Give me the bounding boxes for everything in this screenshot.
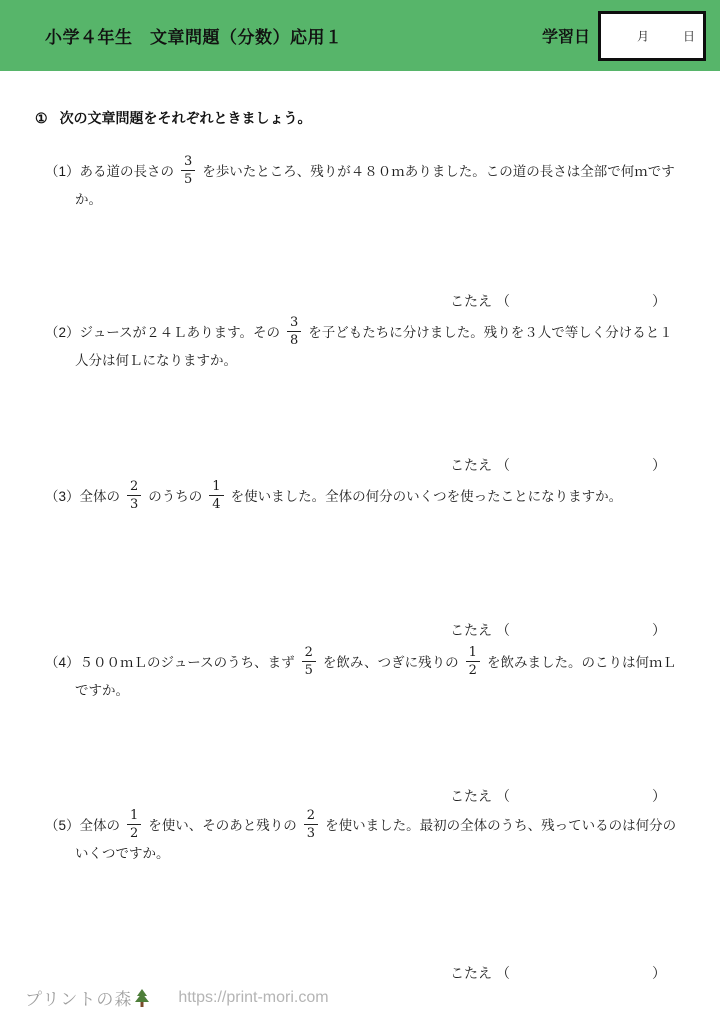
answer-row-5: こたえ（） <box>450 964 666 982</box>
problem-text-segment: を使いました。全体の何分のいくつを使ったことになりますか。 <box>231 489 623 504</box>
answer-label: こたえ <box>450 788 492 804</box>
problem-text-segment: のうちの <box>148 489 202 504</box>
fraction-denominator: 5 <box>302 662 316 678</box>
fraction-denominator: 4 <box>209 496 223 512</box>
problem-text-segment: 全体の <box>80 818 121 833</box>
brand-name: プリントの森 <box>25 985 132 1010</box>
problem-number: （2） <box>45 325 80 340</box>
fraction-numerator: 1 <box>209 479 223 496</box>
fraction-numerator: 1 <box>466 645 480 662</box>
problem-number: （3） <box>45 489 80 504</box>
fraction-denominator: 2 <box>127 825 141 841</box>
fraction: 14 <box>209 479 223 512</box>
month-label: 月 <box>637 27 649 44</box>
instruction-number: ① <box>35 110 48 126</box>
answer-paren-open: （ <box>496 293 510 309</box>
answer-paren-open: （ <box>496 622 510 638</box>
answer-label: こたえ <box>450 622 492 638</box>
fraction-numerator: 3 <box>287 315 301 332</box>
problem-text: ある道の長さの35を歩いたところ、残りが４８０ｍありました。この道の長さは全部で… <box>75 164 675 207</box>
fraction-denominator: 3 <box>127 496 141 512</box>
answer-label: こたえ <box>450 293 492 309</box>
problem-3: （3）全体の23のうちの14を使いました。全体の何分のいくつを使ったことになりま… <box>45 481 677 514</box>
problem-text: ジュースが２４Ｌあります。その38を子どもたちに分けました。残りを３人で等しく分… <box>75 325 673 368</box>
answer-label: こたえ <box>450 457 492 473</box>
answer-paren-open: （ <box>496 788 510 804</box>
answer-row-3: こたえ（） <box>450 621 666 639</box>
problem-2: （2）ジュースが２４Ｌあります。その38を子どもたちに分けました。残りを３人で等… <box>45 317 677 372</box>
answer-row-4: こたえ（） <box>450 787 666 805</box>
problem-text-segment: ある道の長さの <box>80 164 175 179</box>
fraction: 23 <box>127 479 141 512</box>
header-bar: 小学４年生 文章問題（分数）応用１ 学習日 月 日 <box>0 0 720 71</box>
tree-icon <box>134 989 150 1008</box>
day-label: 日 <box>683 27 695 44</box>
answer-row-1: こたえ（） <box>450 292 666 310</box>
fraction: 35 <box>181 154 195 187</box>
instruction-text: 次の文章問題をそれぞれときましょう。 <box>60 110 312 126</box>
problem-4: （4）５００ｍＬのジュースのうち、まず25を飲み、つぎに残りの12を飲みました。… <box>45 647 677 702</box>
study-date-label: 学習日 <box>542 24 590 47</box>
problem-text-segment: を飲み、つぎに残りの <box>323 655 459 670</box>
fraction-numerator: 1 <box>127 808 141 825</box>
answer-paren-close: ） <box>652 622 666 638</box>
instruction-line: ①次の文章問題をそれぞれときましょう。 <box>35 108 312 128</box>
problem-number: （5） <box>45 818 80 833</box>
fraction-denominator: 5 <box>181 171 195 187</box>
problem-number: （1） <box>45 164 80 179</box>
answer-paren-open: （ <box>496 965 510 981</box>
problem-5: （5）全体の12を使い、そのあと残りの23を使いました。最初の全体のうち、残って… <box>45 810 677 865</box>
problem-text-segment: を使い、そのあと残りの <box>148 818 297 833</box>
worksheet-page: 小学４年生 文章問題（分数）応用１ 学習日 月 日 ①次の文章問題をそれぞれとき… <box>0 0 720 1024</box>
fraction: 38 <box>287 315 301 348</box>
fraction: 12 <box>466 645 480 678</box>
footer: プリントの森 https://print-mori.com <box>25 985 329 1010</box>
date-fill-box: 月 日 <box>598 11 706 61</box>
fraction: 12 <box>127 808 141 841</box>
answer-paren-open: （ <box>496 457 510 473</box>
page-title: 小学４年生 文章問題（分数）応用１ <box>45 23 542 48</box>
problem-1: （1）ある道の長さの35を歩いたところ、残りが４８０ｍありました。この道の長さは… <box>45 156 677 211</box>
problem-text: 全体の12を使い、そのあと残りの23を使いました。最初の全体のうち、残っているの… <box>75 818 676 861</box>
answer-paren-close: ） <box>652 965 666 981</box>
fraction-numerator: 3 <box>181 154 195 171</box>
problem-text: 全体の23のうちの14を使いました。全体の何分のいくつを使ったことになりますか。 <box>80 489 623 504</box>
answer-paren-close: ） <box>652 788 666 804</box>
answer-paren-close: ） <box>652 457 666 473</box>
fraction: 25 <box>302 645 316 678</box>
fraction-numerator: 2 <box>302 645 316 662</box>
fraction-denominator: 3 <box>304 825 318 841</box>
answer-label: こたえ <box>450 965 492 981</box>
fraction-numerator: 2 <box>304 808 318 825</box>
problem-text: ５００ｍＬのジュースのうち、まず25を飲み、つぎに残りの12を飲みました。のこり… <box>75 655 676 698</box>
fraction-denominator: 8 <box>287 332 301 348</box>
fraction-denominator: 2 <box>466 662 480 678</box>
footer-url: https://print-mori.com <box>178 989 328 1007</box>
problem-number: （4） <box>45 655 80 670</box>
problem-text-segment: ジュースが２４Ｌあります。その <box>80 325 280 340</box>
fraction: 23 <box>304 808 318 841</box>
answer-paren-close: ） <box>652 293 666 309</box>
fraction-numerator: 2 <box>127 479 141 496</box>
answer-row-2: こたえ（） <box>450 456 666 474</box>
problem-text-segment: 全体の <box>80 489 121 504</box>
problem-text-segment: ５００ｍＬのジュースのうち、まず <box>80 655 295 670</box>
